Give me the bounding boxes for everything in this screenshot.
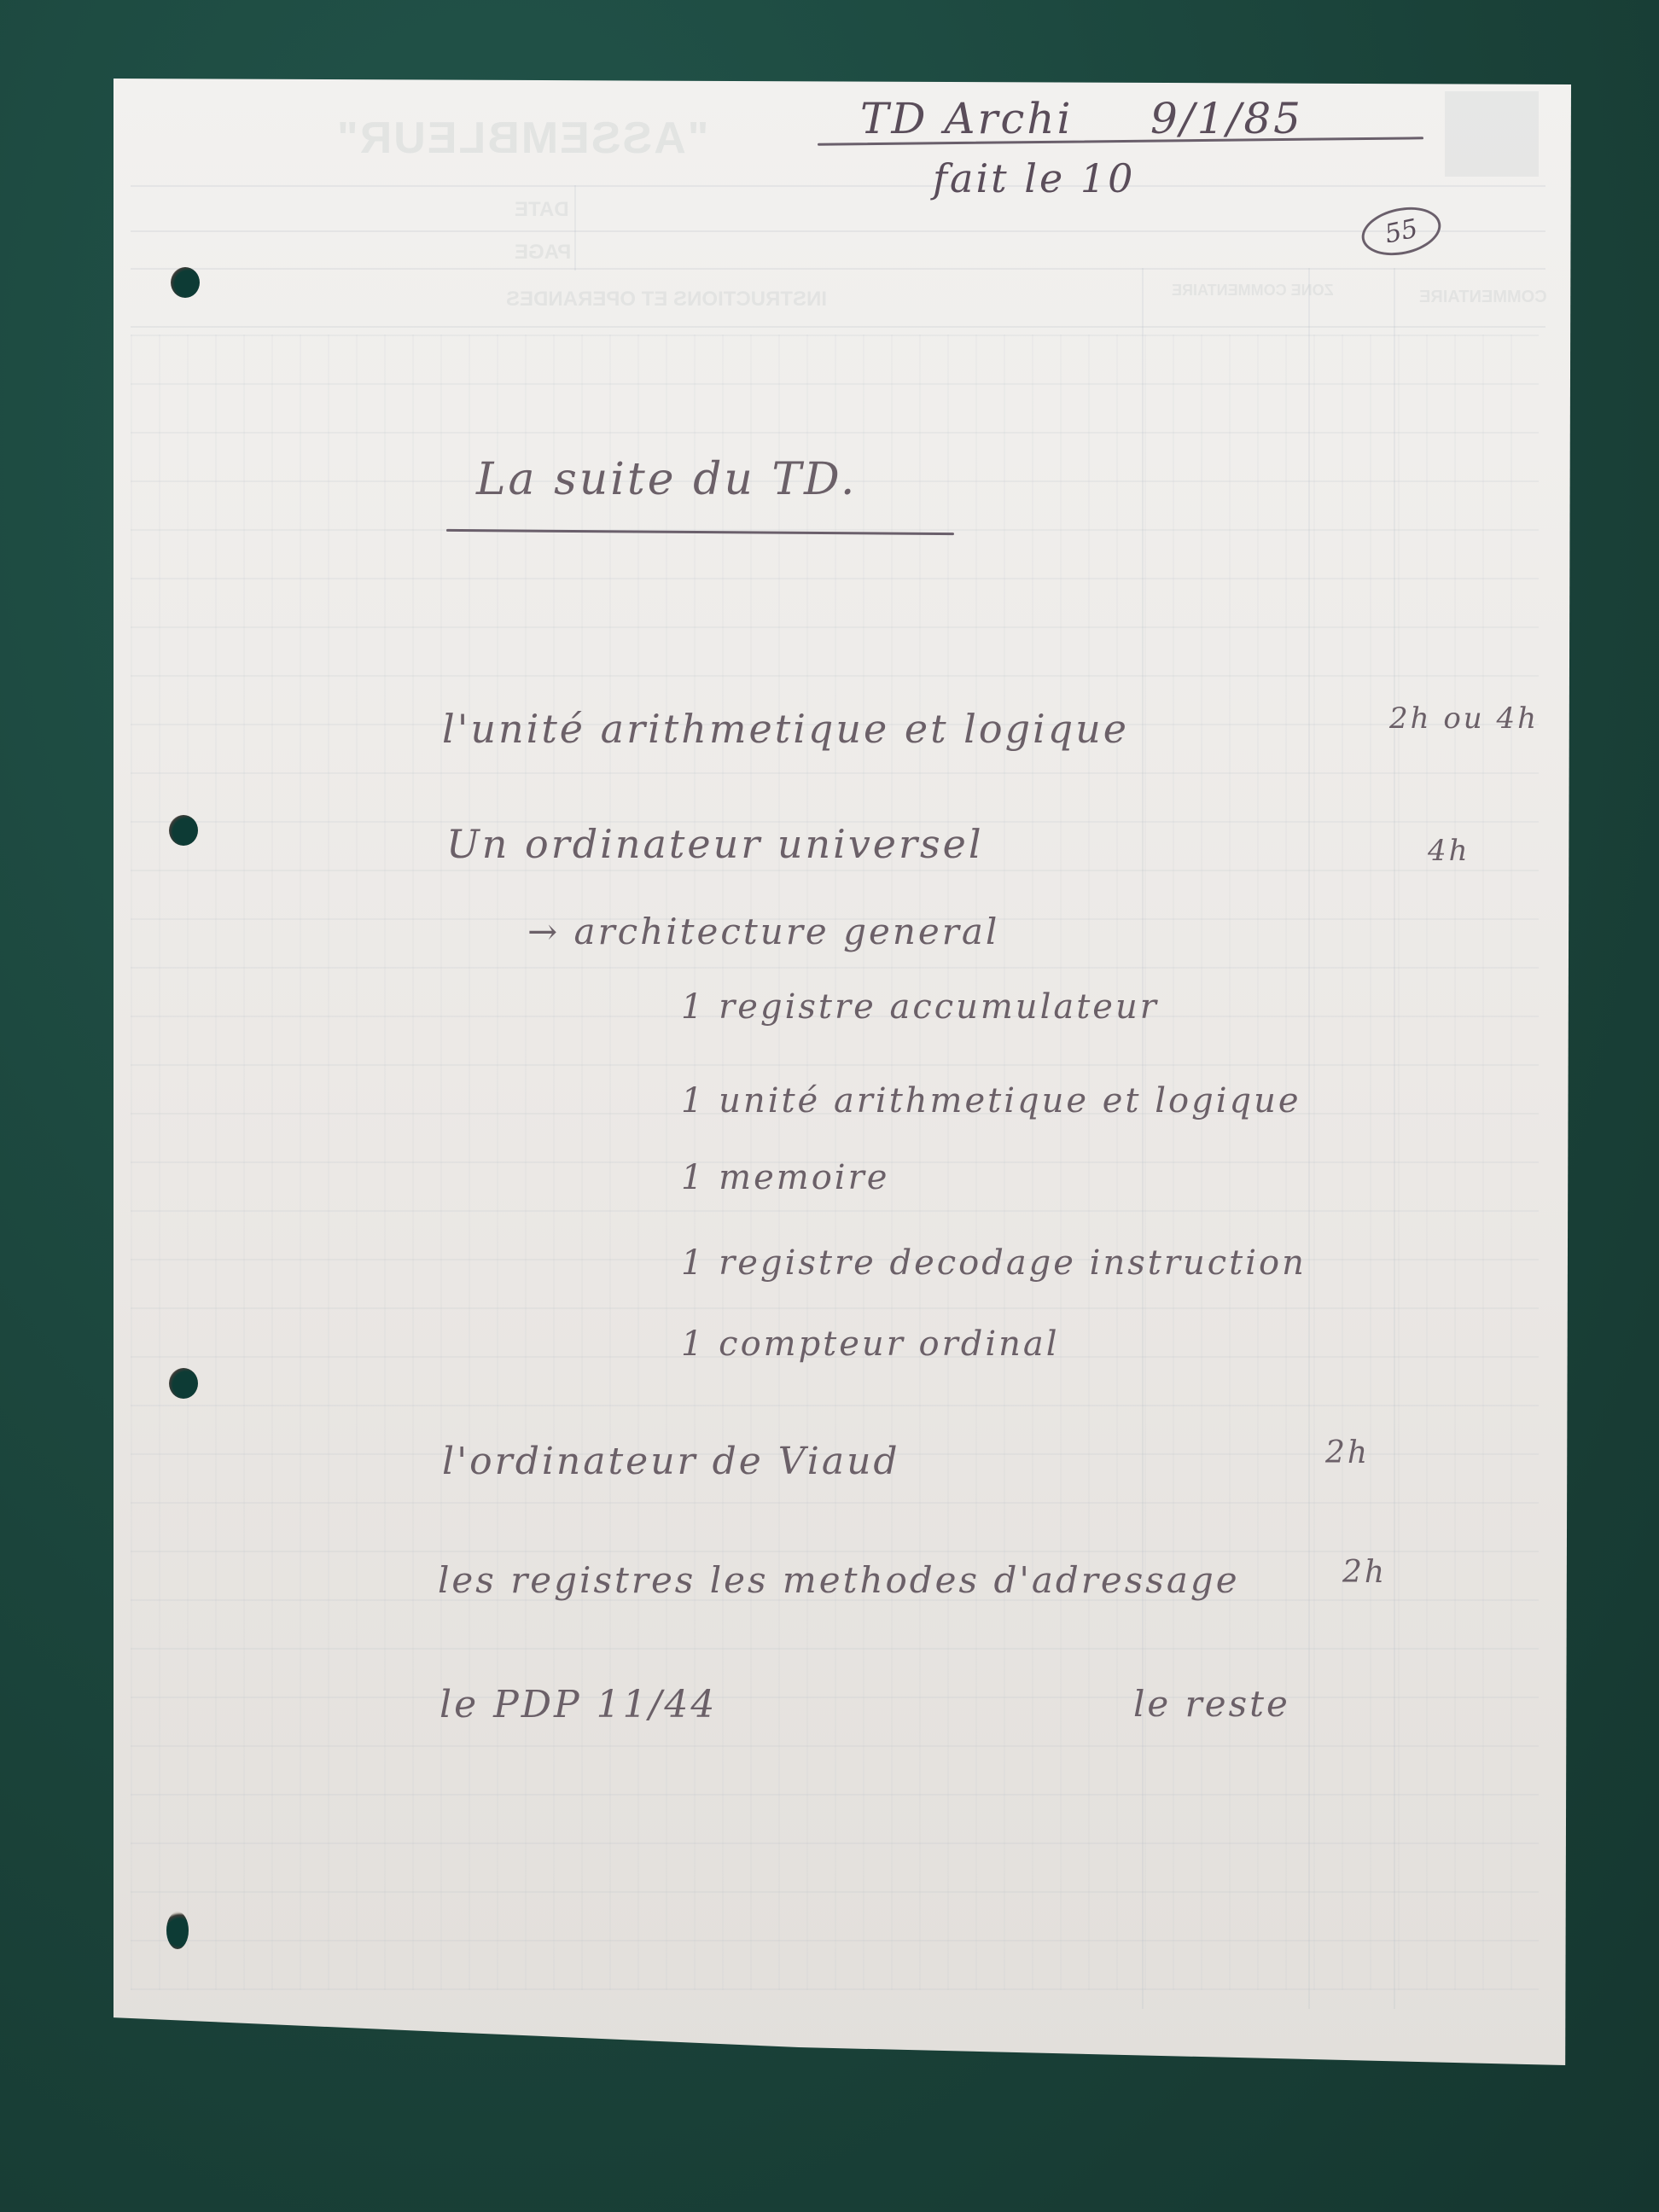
ghost-label-instructions: INSTRUCTIONS ET OPERANDES: [506, 288, 827, 311]
ghost-label-date: DATE: [515, 198, 569, 222]
entry-pdp-duration: le reste: [1133, 1683, 1290, 1725]
ghost-rule: [1308, 268, 1310, 2009]
binder-hole: [171, 267, 200, 298]
ghost-form-title: "ASSEMBLEUR": [335, 113, 708, 164]
component-accumulator: 1 registre accumulateur: [681, 987, 1159, 1027]
ghost-rule: [574, 185, 576, 271]
section-heading: La suite du TD.: [476, 454, 857, 505]
entry-universal-computer-duration: 4h: [1428, 834, 1470, 868]
page-number: 55: [1382, 213, 1421, 249]
entry-alu: l'unité arithmetique et logique: [442, 706, 1129, 752]
ghost-label-comment: COMMENTAIRE: [1419, 288, 1547, 307]
ghost-label-zone: ZONE COMMENTAIRE: [1172, 282, 1334, 300]
entry-registers-addressing-duration: 2h: [1342, 1555, 1387, 1590]
note-subtitle: fait le 10: [933, 155, 1135, 201]
ghost-rule: [131, 230, 1545, 232]
ghost-rule: [131, 268, 1545, 270]
entry-alu-duration: 2h ou 4h: [1389, 701, 1539, 736]
ghost-label-page: PAGE: [515, 241, 571, 265]
binder-hole: [169, 1368, 198, 1399]
ghost-rule: [1142, 268, 1144, 2009]
entry-viaud-computer-duration: 2h: [1325, 1435, 1370, 1470]
entry-registers-addressing: les registres les methodes d'adressage: [438, 1559, 1240, 1601]
binder-hole: [169, 815, 198, 846]
component-alu: 1 unité arithmetique et logique: [681, 1081, 1301, 1121]
note-title: TD Archi: [860, 94, 1074, 143]
note-date: 9/1/85: [1150, 94, 1303, 143]
component-program-counter: 1 compteur ordinal: [681, 1324, 1060, 1364]
component-instruction-decoder: 1 registre decodage instruction: [681, 1243, 1307, 1283]
entry-viaud-computer: l'ordinateur de Viaud: [442, 1440, 900, 1483]
entry-general-architecture: → architecture general: [527, 911, 999, 952]
paper-sheet: "ASSEMBLEUR" DATE PAGE INSTRUCTIONS ET O…: [114, 79, 1571, 2065]
entry-universal-computer: Un ordinateur universel: [446, 821, 984, 867]
binder-hole: [166, 1912, 189, 1949]
entry-pdp: le PDP 11/44: [439, 1683, 717, 1726]
page-number-circle: 55: [1357, 201, 1445, 262]
ghost-form-logo: [1445, 91, 1539, 177]
heading-underline: [446, 529, 954, 535]
ghost-rule: [131, 185, 1545, 187]
ghost-rule: [1394, 268, 1395, 2009]
component-memory: 1 memoire: [681, 1158, 889, 1197]
ghost-rule: [131, 326, 1545, 328]
